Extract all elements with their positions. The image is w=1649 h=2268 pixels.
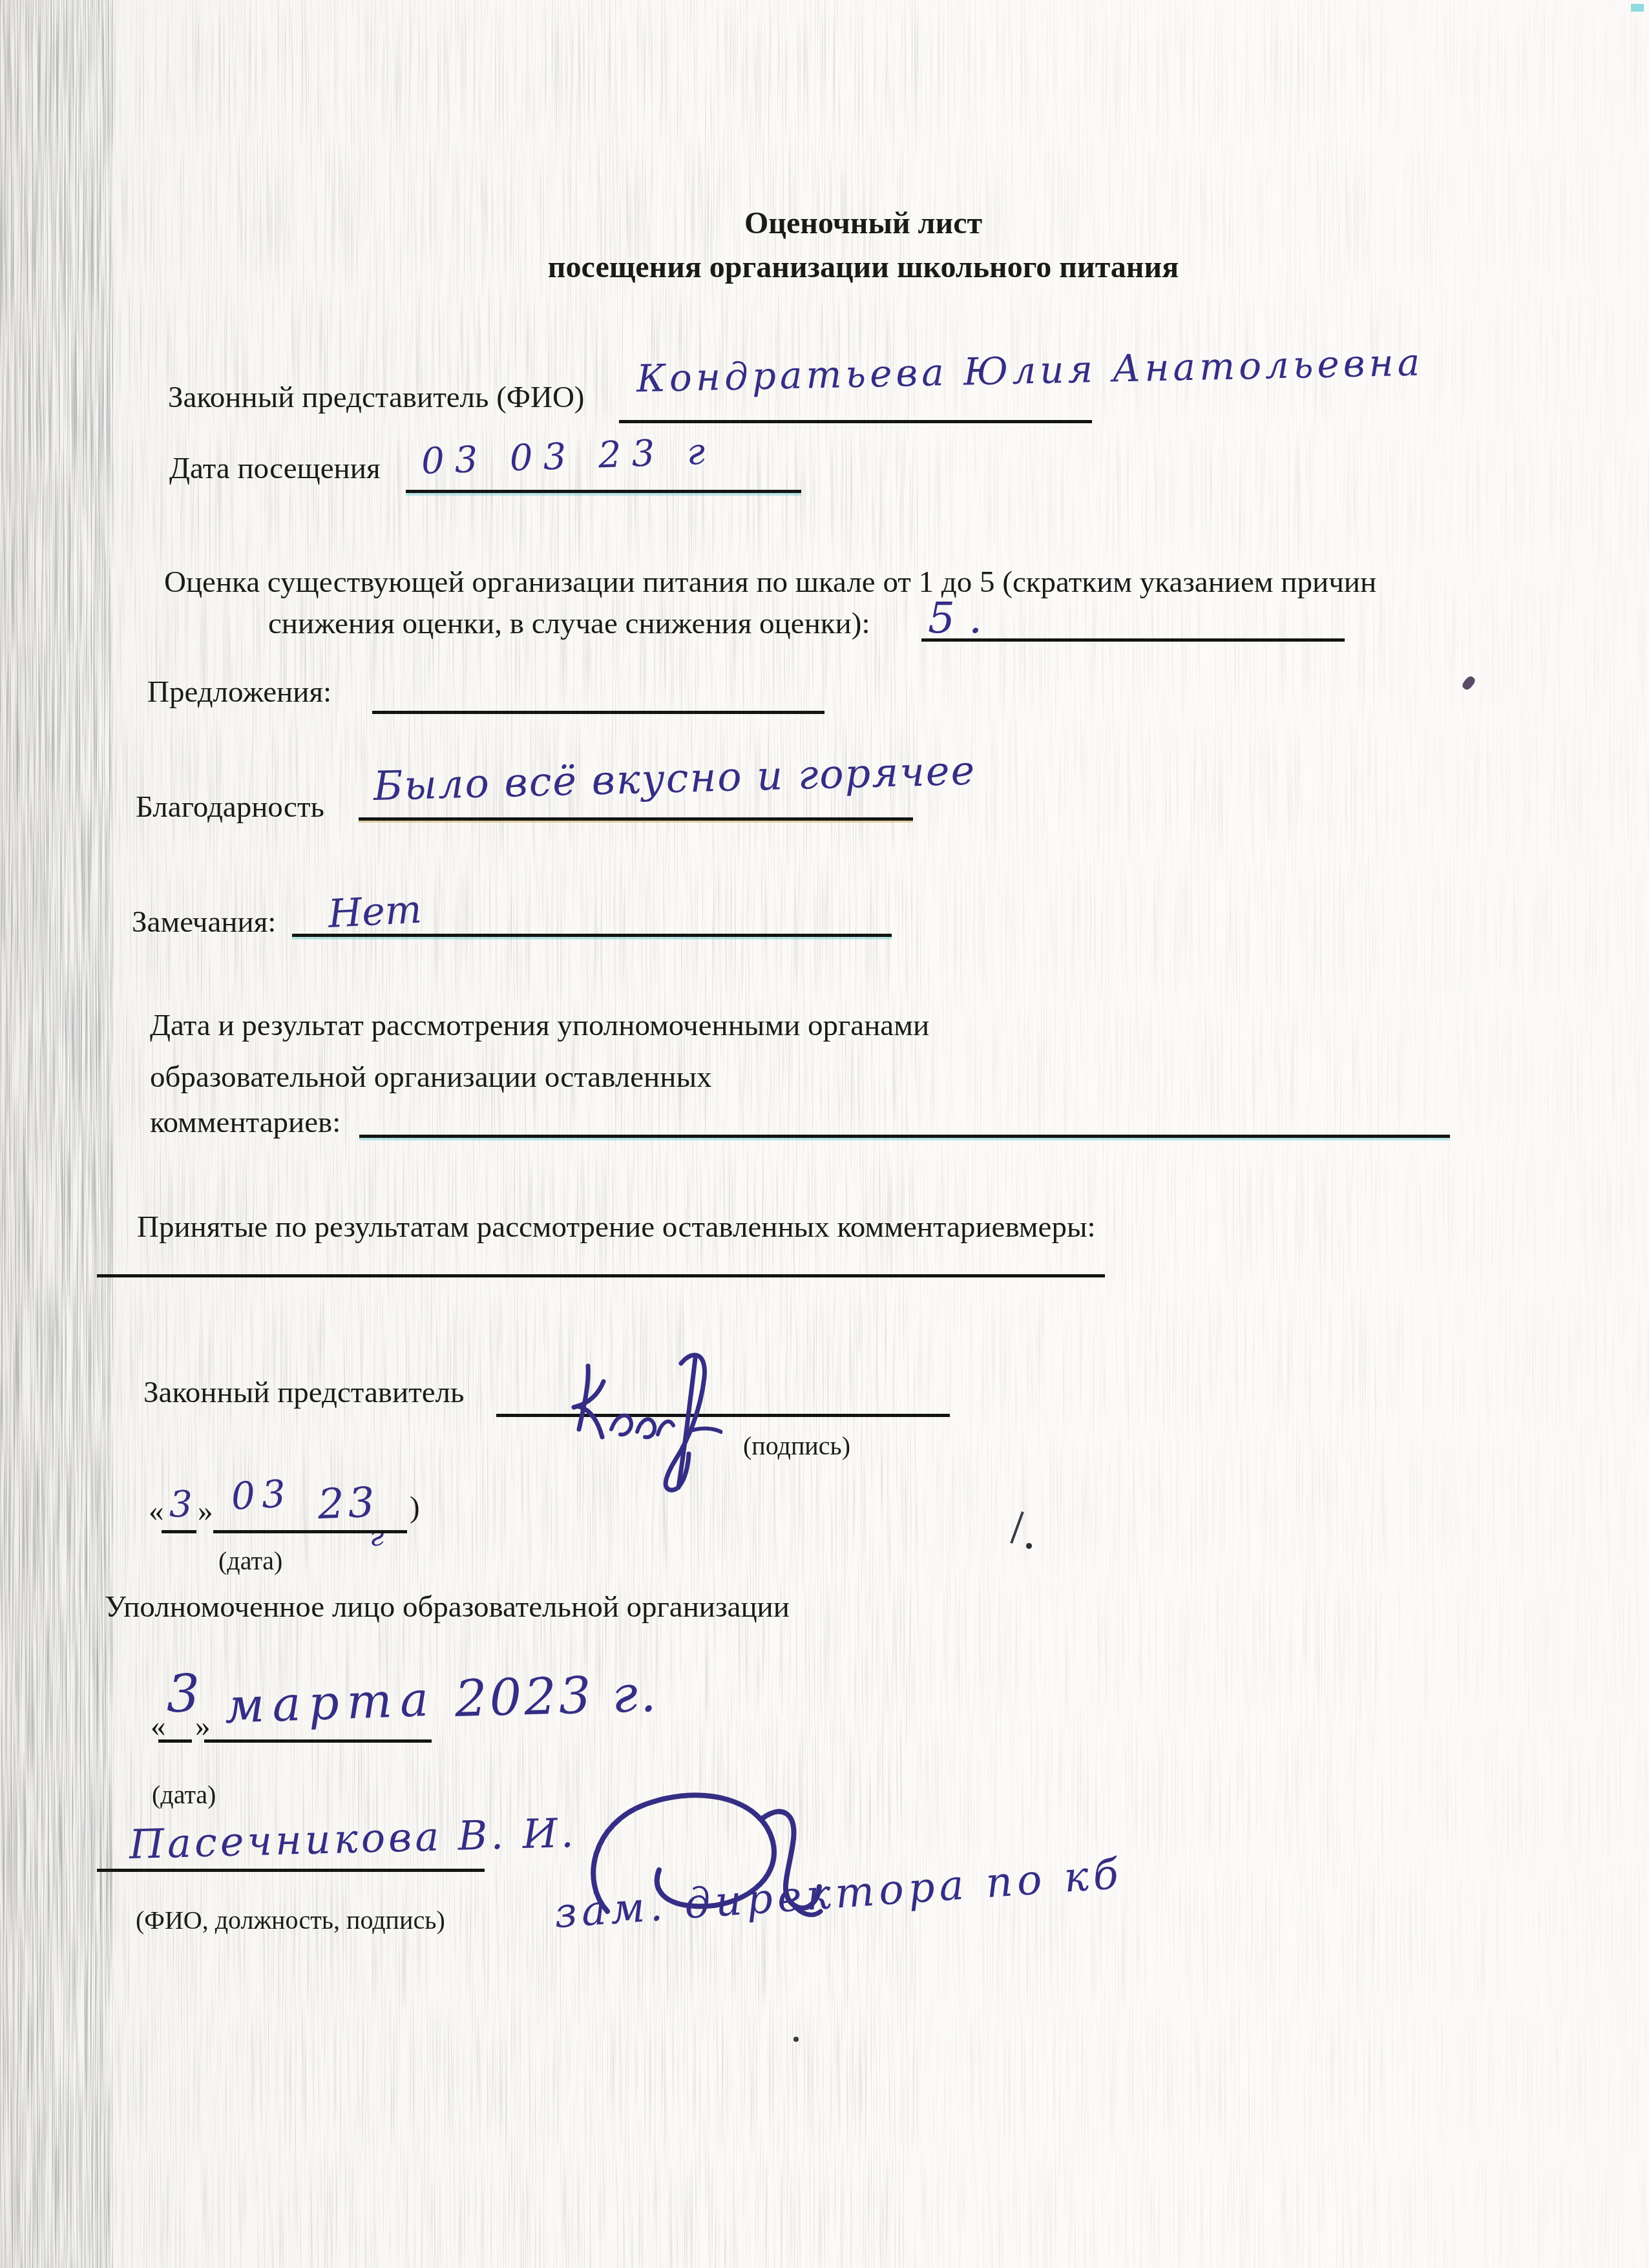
date1-underline-rest	[213, 1530, 407, 1533]
legal-rep-underline	[619, 420, 1092, 423]
rating-handwritten-value: 5 .	[928, 593, 982, 643]
review-label-line2: образовательной организации оставленных	[150, 1060, 711, 1095]
document-title: Оценочный лист посещения организации шко…	[78, 202, 1649, 289]
rating-label-line1: Оценка существующей организации питания …	[164, 565, 1376, 600]
review-label-line3: комментариев:	[150, 1105, 341, 1140]
rating-label-line2: снижения оценки, в случае снижения оценк…	[268, 606, 870, 642]
official-caption: (ФИО, должность, подпись)	[136, 1905, 445, 1935]
signature-caption: (подпись)	[743, 1431, 850, 1461]
stray-pen-mark	[1010, 1511, 1024, 1544]
scanner-edge-artifact	[1631, 4, 1644, 12]
remarks-underline	[292, 934, 892, 937]
visit-date-handwritten: 03 03 23 г	[421, 430, 716, 483]
stray-ink-dot	[793, 2037, 799, 2042]
gratitude-handwritten: Было всё вкусно и горячее	[373, 747, 976, 810]
stray-smudge	[1461, 675, 1477, 691]
date1-caption: (дата)	[218, 1546, 282, 1576]
review-label-line1: Дата и результат рассмотрения уполномоче…	[150, 1008, 929, 1044]
rating-underline	[921, 638, 1345, 642]
date1-handwritten-month: 03	[230, 1471, 293, 1518]
legal-rep-handwritten-name: Кондратьева Юлия Анатольевна	[636, 340, 1424, 401]
legal-rep-sign-label: Законный представитель	[143, 1375, 464, 1411]
date1-handwritten-day: 3	[169, 1484, 193, 1526]
remarks-label: Замечания:	[132, 905, 276, 940]
date1-paren: )	[410, 1490, 420, 1526]
legal-rep-label: Законный представитель (ФИО)	[168, 380, 584, 415]
official-handwritten-name: Пасечникова В. И.	[129, 1809, 577, 1868]
scanned-evaluation-sheet: Оценочный лист посещения организации шко…	[0, 0, 1649, 2268]
official-name-underline	[97, 1869, 485, 1872]
date1-underline-day	[162, 1530, 196, 1533]
date1-close-quote: »	[198, 1494, 213, 1529]
legal-representative-signature	[561, 1344, 722, 1499]
measures-label: Принятые по результатам рассмотрение ост…	[137, 1210, 1096, 1245]
date1-open-quote: «	[149, 1494, 164, 1529]
date2-underline-day	[158, 1739, 192, 1743]
title-line1: Оценочный лист	[78, 202, 1649, 246]
title-line2: посещения организации школьного питания	[78, 246, 1649, 289]
measures-underline	[97, 1274, 1105, 1277]
suggestions-underline	[372, 711, 824, 714]
date2-handwritten-month: марта	[224, 1672, 437, 1734]
gratitude-label: Благодарность	[136, 790, 324, 825]
review-underline	[359, 1135, 1450, 1138]
authorized-person-label: Уполномоченное лицо образовательной орга…	[105, 1590, 790, 1625]
stray-pen-dot	[1026, 1543, 1032, 1549]
visit-date-label: Дата посещения	[169, 451, 381, 487]
visit-date-underline	[406, 490, 801, 493]
date2-handwritten-year: 2023 г.	[454, 1665, 660, 1728]
gratitude-underline	[359, 817, 913, 821]
date2-caption: (дата)	[152, 1780, 216, 1810]
remarks-handwritten: Нет	[327, 887, 423, 936]
date1-handwritten-year-letter: г	[370, 1520, 384, 1553]
suggestions-label: Предложения:	[147, 675, 331, 710]
date2-underline-month	[204, 1739, 432, 1743]
